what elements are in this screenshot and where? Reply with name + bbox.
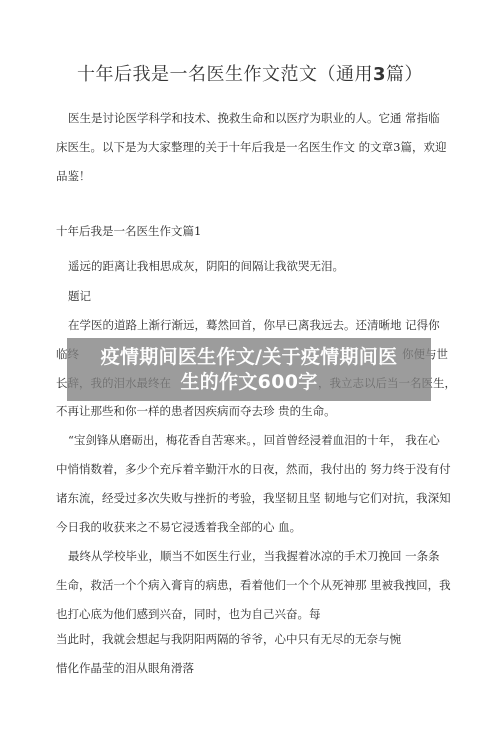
document-page: 十年后我是一名医生作文范文（通用3篇） 医生是讨论医学科学和技术、挽救生命和以医… [0, 0, 500, 738]
body-line: 诸东流，经受过多次失败与挫折的考验，我坚韧且坚 韧地与它们对抗，我深知 [56, 490, 456, 506]
body-line: 最终从学校毕业，顺当不如医生行业，当我握着冰凉的手术刀挽回 一条条 [68, 548, 468, 564]
intro-line: 医生是讨论医学科学和技术、挽救生命和以医疗为职业的人。它通 常指临 [68, 110, 468, 126]
body-line-epigraph-label: 题记 [68, 288, 468, 304]
section-heading: 十年后我是一名医生作文篇1 [56, 223, 456, 239]
body-line: 不再让那些和你一样的患者因疾病而夺去珍 贵的生命。 [56, 403, 456, 419]
body-line: 今日我的收获来之不易它浸透着我全部的心 血。 [56, 519, 456, 535]
banner-title-line: 生的作文600字 [180, 370, 317, 395]
body-line: 生命，救活一个个病入膏肓的病患，看着他们一个个从死神那 里被我拽回，我 [56, 577, 456, 593]
title-text-end: 篇） [386, 64, 423, 85]
body-line: “宝剑锋从磨砺出，梅花香自苦寒来。，回首曾经浸着血泪的十年， 我在心 [68, 432, 468, 448]
intro-line: 品鉴！ [56, 168, 456, 184]
title-number: 3 [373, 64, 386, 85]
body-line: 也打心底为他们感到兴奋，同时，也为自己兴奋。每 [56, 606, 456, 622]
body-line: 惜化作晶莹的泪从眼角滑落 [56, 660, 456, 676]
banner-title-line: 疫情期间医生作文/关于疫情期间医 [101, 345, 398, 370]
title-text: 十年后我是一名医生作文范文（通用 [77, 64, 373, 85]
body-line: 中悄悄数着，多少个充斥着辛勤汗水的日夜，然而，我付出的 努力终于没有付 [56, 461, 456, 477]
body-line: 当此时，我就会想起与我阴阳两隔的爷爷，心中只有无尽的无奈与惋 [56, 631, 456, 647]
body-line: 遥远的距离让我相思成灰，阴阳的间隔让我欲哭无泪。 [68, 258, 468, 274]
intro-line: 床医生。以下是为大家整理的关于十年后我是一名医生作文 的文章3篇，欢迎 [56, 139, 456, 155]
overlay-title-banner[interactable]: 疫情期间医生作文/关于疫情期间医 生的作文600字 [67, 338, 431, 401]
document-title: 十年后我是一名医生作文范文（通用3篇） [0, 60, 500, 86]
body-line: 在学医的道路上渐行渐远，蓦然回首，你早已离我远去。还清晰地 记得你 [68, 317, 468, 333]
